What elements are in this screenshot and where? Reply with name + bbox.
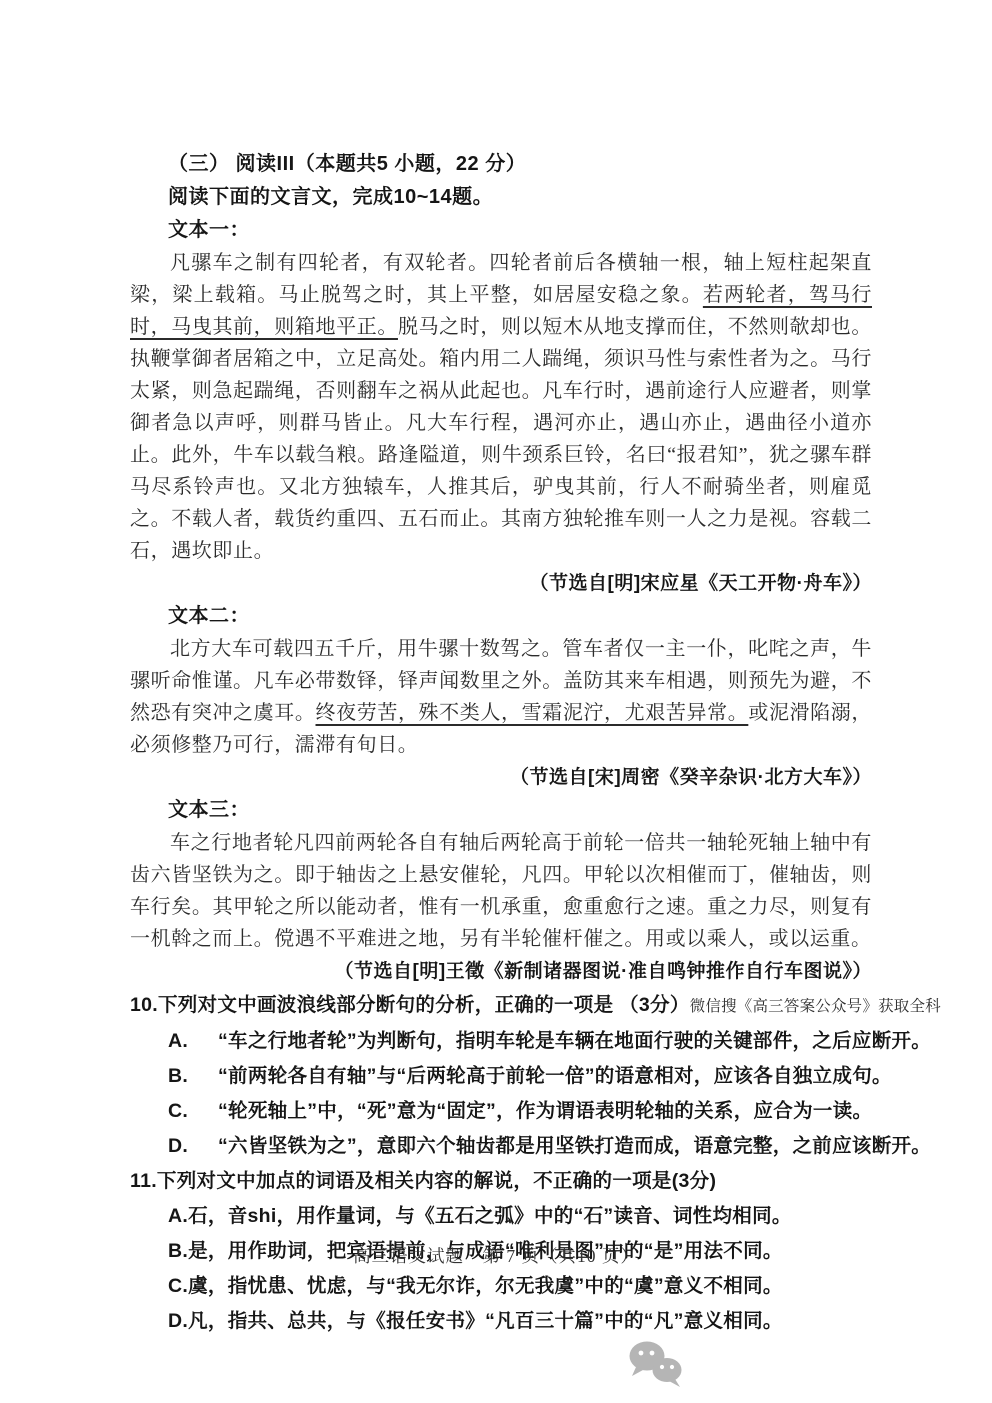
text1-label: 文本一：	[130, 214, 872, 247]
option-letter: A.	[168, 1199, 188, 1234]
option-letter: D.	[168, 1304, 188, 1339]
exam-page: （三） 阅读III（本题共5 小题，22 分） 阅读下面的文言文，完成10~14…	[0, 0, 992, 1403]
text2-underlined-passage: 终夜劳苦，殊不类人，雪霜泥泞，尤艰苦异常。	[316, 702, 749, 724]
option-text: “车之行地者轮”为判断句，指明车轮是车辆在地面行驶的关键部件，之后应断开。	[218, 1030, 931, 1052]
option-letter: D.	[168, 1129, 218, 1164]
question-11-option-a: A.石，音shi，用作量词，与《五石之弧》中的“石”读音、词性均相同。	[130, 1199, 872, 1234]
question-10-option-a: A.“车之行地者轮”为判断句，指明车轮是车辆在地面行驶的关键部件，之后应断开。	[130, 1024, 872, 1059]
question-10-option-b: B.“前两轮各自有轴”与“后两轮高于前轮一倍”的语意相对，应该各自独立成句。	[130, 1059, 872, 1094]
option-text: 凡，指共、总共，与《报任安书》“凡百三十篇”中的“凡”意义相同。	[188, 1310, 783, 1332]
answer-watermark-text: 微信搜《高三答案公众号》获取全科	[690, 998, 941, 1015]
text1-segment: 脱马之时，则以短木从地支撑而住，不然则欹却也。执鞭掌御者居箱之中，立足高处。箱内…	[130, 316, 872, 562]
text3-segment: 车之行地者轮凡四前两轮各自有轴后两轮高于前轮一倍共一轴轮死轴上轴中有齿六皆坚铁为…	[130, 832, 872, 950]
option-text: “六皆坚铁为之”，意即六个轴齿都是用坚铁打造而成，语意完整，之前应该断开。	[218, 1135, 931, 1157]
option-letter: A.	[168, 1024, 218, 1059]
option-letter: B.	[168, 1059, 218, 1094]
wechat-icon	[624, 1338, 688, 1390]
question-11-stem: 11.下列对文中加点的词语及相关内容的解说，不正确的一项是(3分)	[130, 1164, 872, 1199]
option-letter: C.	[168, 1094, 218, 1129]
text2-paragraph: 北方大车可载四五千斤，用牛骡十数驾之。管车者仅一主一仆，叱咤之声，牛骡听命惟谨。…	[130, 633, 872, 761]
question-11-option-d: D.凡，指共、总共，与《报任安书》“凡百三十篇”中的“凡”意义相同。	[130, 1304, 872, 1339]
question-11-stem-text: 11.下列对文中加点的词语及相关内容的解说，不正确的一项是(3分)	[130, 1170, 716, 1192]
option-text: “轮死轴上”中，“死”意为“固定”，作为谓语表明轮轴的关系，应合为一读。	[218, 1100, 872, 1122]
text3-attribution: （节选自[明]王徵《新制诸器图说·准自鸣钟推作自行车图说》）	[130, 955, 872, 988]
text1-paragraph: 凡骡车之制有四轮者，有双轮者。四轮者前后各横轴一根，轴上短柱起架直梁，梁上载箱。…	[130, 247, 872, 567]
option-letter: C.	[168, 1269, 188, 1304]
text2-label: 文本二：	[130, 600, 872, 633]
question-10-option-c: C.“轮死轴上”中，“死”意为“固定”，作为谓语表明轮轴的关系，应合为一读。	[130, 1094, 872, 1129]
option-text: 石，音shi，用作量词，与《五石之弧》中的“石”读音、词性均相同。	[188, 1205, 792, 1227]
question-11-option-c: C.虞，指忧患、忧虑，与“我无尔诈，尔无我虞”中的“虞”意义不相同。	[130, 1269, 872, 1304]
exam-content: （三） 阅读III（本题共5 小题，22 分） 阅读下面的文言文，完成10~14…	[130, 148, 872, 1339]
question-10-stem-text: 10.下列对文中画波浪线部分断句的分析，正确的一项是 （3分）	[130, 994, 690, 1016]
option-text: “前两轮各自有轴”与“后两轮高于前轮一倍”的语意相对，应该各自独立成句。	[218, 1065, 892, 1087]
option-text: 虞，指忧患、忧虑，与“我无尔诈，尔无我虞”中的“虞”意义不相同。	[188, 1275, 783, 1297]
text1-attribution: （节选自[明]宋应星《天工开物·舟车》）	[130, 567, 872, 600]
text2-attribution: （节选自[宋]周密《癸辛杂识·北方大车》）	[130, 761, 872, 794]
question-10-option-d: D.“六皆坚铁为之”，意即六个轴齿都是用坚铁打造而成，语意完整，之前应该断开。	[130, 1129, 872, 1164]
reading-instruction: 阅读下面的文言文，完成10~14题。	[130, 181, 872, 214]
question-10: 10.下列对文中画波浪线部分断句的分析，正确的一项是 （3分）微信搜《高三答案公…	[130, 988, 872, 1164]
text3-label: 文本三：	[130, 794, 872, 827]
section-heading: （三） 阅读III（本题共5 小题，22 分）	[130, 148, 872, 181]
page-footer: 高三语文试题 第 7 页（共10 页）	[0, 1243, 992, 1268]
question-10-stem: 10.下列对文中画波浪线部分断句的分析，正确的一项是 （3分）微信搜《高三答案公…	[130, 988, 872, 1024]
text3-paragraph: 车之行地者轮凡四前两轮各自有轴后两轮高于前轮一倍共一轴轮死轴上轴中有齿六皆坚铁为…	[130, 827, 872, 955]
